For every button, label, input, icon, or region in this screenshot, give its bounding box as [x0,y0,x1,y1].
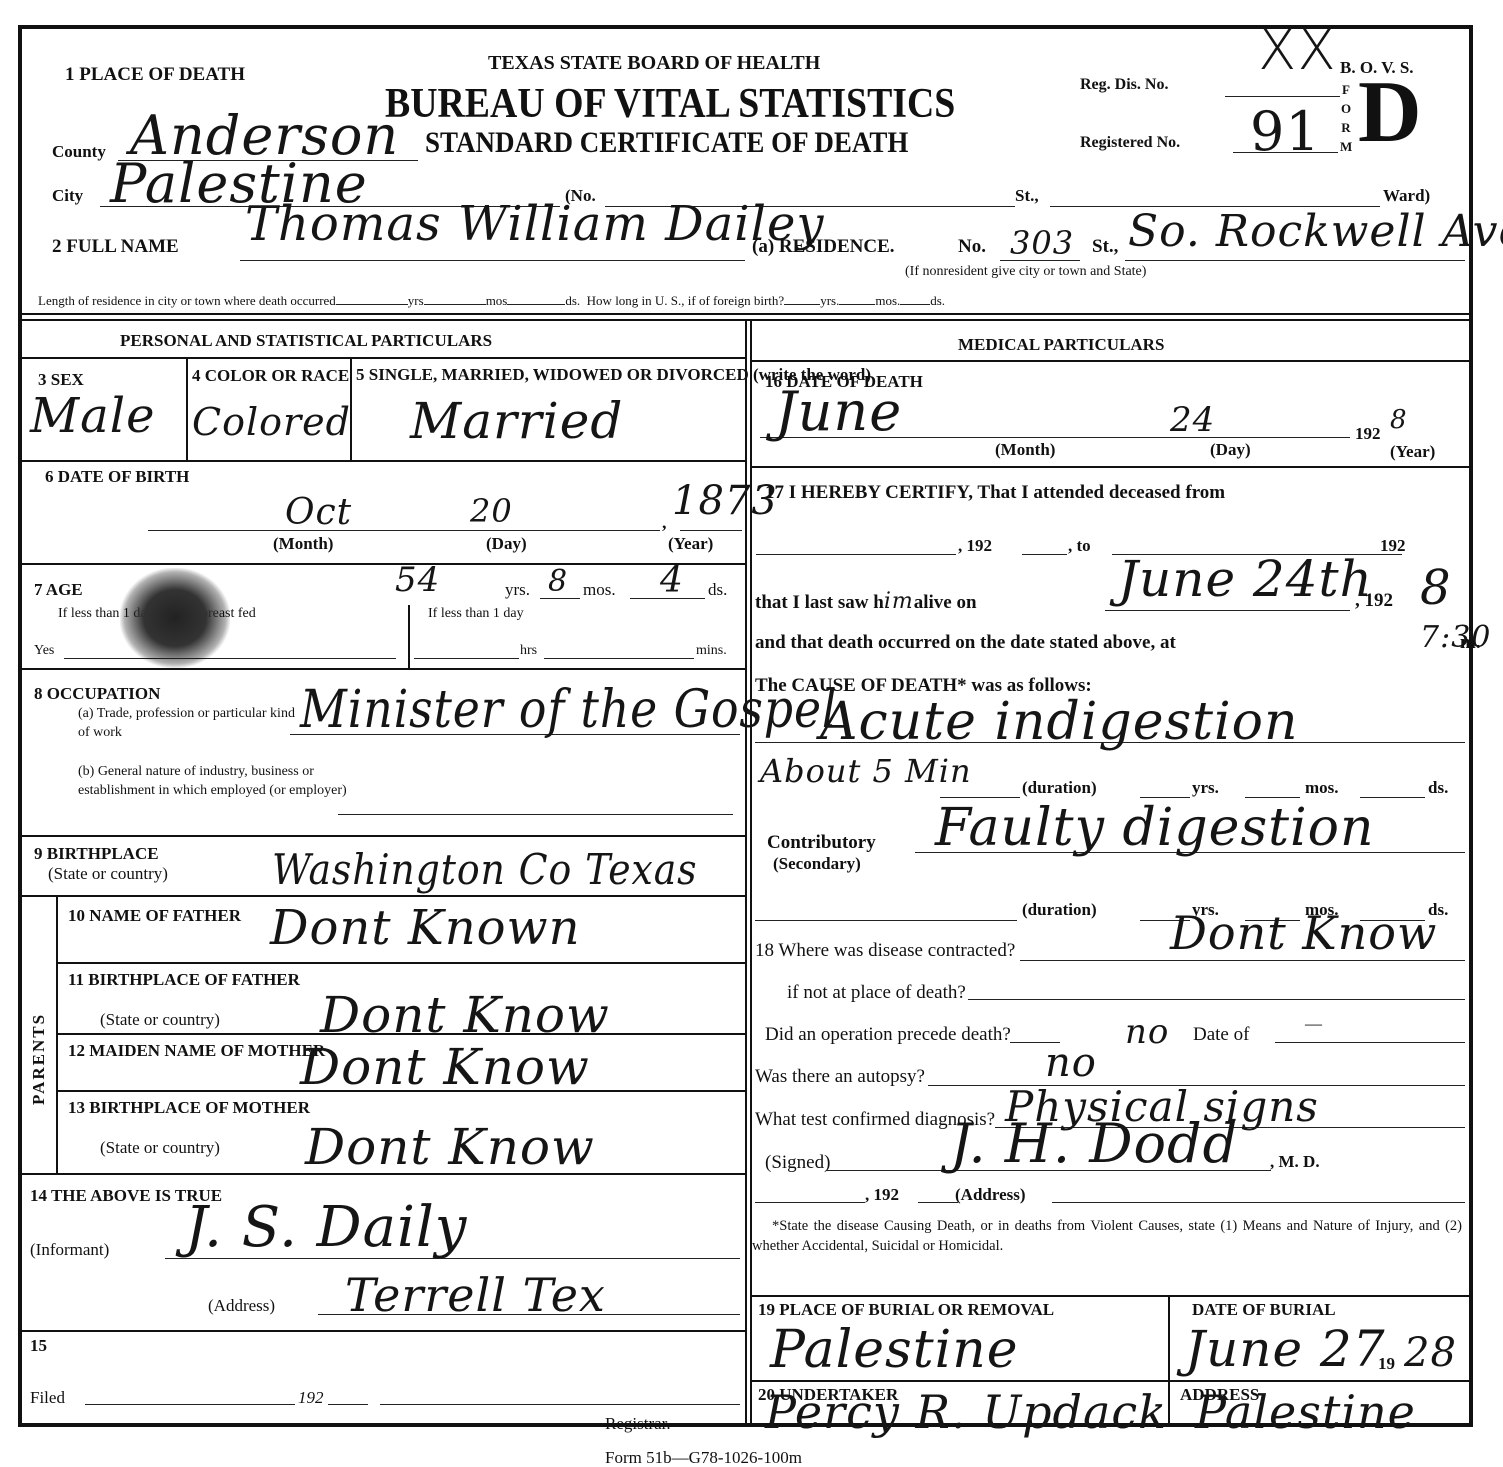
dob-year[interactable]: 1873 [672,478,778,524]
dob-label: 6 DATE OF BIRTH [45,467,189,487]
birthplace-sub: (State or country) [48,864,168,884]
contributory-label: Contributory [767,832,876,854]
last-saw-date[interactable]: June 24th [1118,550,1373,608]
father-name-label: 10 NAME OF FATHER [68,906,218,926]
length-residence-row: Length of residence in city or town wher… [38,290,945,309]
age-years[interactable]: 54 [395,560,440,600]
residence-label: (a) RESIDENCE. [752,236,895,258]
dob-month-caption: (Month) [273,534,333,554]
mother-birthplace-label: 13 BIRTHPLACE OF MOTHER [68,1098,268,1118]
birthplace-value[interactable]: Washington Co Texas [272,845,697,894]
place-of-death-label: 1 PLACE OF DEATH [65,64,245,86]
yes-label: Yes [34,643,54,659]
father-birthplace-label: 11 BIRTHPLACE OF FATHER [68,970,268,990]
burial-place-label: 19 PLACE OF BURIAL OR REMOVAL [758,1300,1068,1320]
sex-value[interactable]: Male [30,388,156,444]
operation-value[interactable]: no [1125,1012,1169,1052]
full-name-value[interactable]: Thomas William Dailey [245,196,824,252]
last-saw-row: that I last saw himalive on [755,589,977,614]
dod-year-prefix: 192 [1355,424,1381,444]
dod-day[interactable]: 24 [1170,400,1215,440]
death-time[interactable]: 7:30 [1420,620,1491,655]
board-title: TEXAS STATE BOARD OF HEALTH [488,52,820,75]
street-label: St., [1015,186,1039,206]
parents-label: PARENTS [29,1013,49,1105]
filed-number: 15 [30,1336,47,1356]
filed-year: 192 [298,1388,324,1408]
age-label: 7 AGE [34,580,83,600]
form-code: D [1358,68,1422,158]
filed-label: Filed [30,1388,65,1408]
date-of-value[interactable]: — [1305,1014,1322,1034]
registered-value[interactable]: 91 [1250,100,1321,163]
sign-address-label: (Address) [955,1185,1026,1205]
father-birthplace-value[interactable]: Dont Know [320,986,610,1044]
mother-birthplace-sub: (State or country) [100,1138,220,1158]
form-letters: FORM [1340,80,1352,156]
ward-label: Ward) [1383,186,1430,206]
autopsy-value[interactable]: no [1045,1040,1097,1086]
bureau-title: BUREAU OF VITAL STATISTICS [385,80,955,128]
informant-value[interactable]: J. S. Daily [185,1195,467,1260]
occupation-b-label: (b) General nature of industry, business… [78,762,353,800]
mother-birthplace-value[interactable]: Dont Know [305,1118,595,1176]
age-days[interactable]: 4 [660,560,684,601]
disease-contracted-label: 18 Where was disease contracted? [755,940,1015,962]
death-occurred-label: and that death occurred on the date stat… [755,632,1176,654]
residence-st-value[interactable]: So. Rockwell Ave [1128,206,1503,257]
dob-month[interactable]: Oct [285,492,352,533]
operation-label: Did an operation precede death? [765,1024,1011,1046]
color-label: 4 COLOR OR RACE [192,367,342,385]
occupation-a-label: (a) Trade, profession or particular kind… [78,704,303,742]
contributory-value[interactable]: Faulty digestion [935,798,1374,858]
informant-label: (Informant) [30,1240,109,1260]
marital-value[interactable]: Married [410,392,623,450]
last-saw-year-digit[interactable]: 8 [1420,560,1452,616]
dob-day[interactable]: 20 [470,492,513,530]
burial-year-suffix[interactable]: 28 [1404,1330,1457,1376]
mother-maiden-label: 12 MAIDEN NAME OF MOTHER [68,1041,288,1061]
occupation-label: 8 OCCUPATION [34,684,160,704]
dod-month[interactable]: June [775,380,902,443]
form-number: Form 51b—G78-1026-100m [605,1448,802,1467]
marital-label: 5 SINGLE, MARRIED, WIDOWED OR DIVORCED (… [356,365,741,384]
not-at-place-label: if not at place of death? [787,982,966,1004]
residence-no-label: No. [958,236,986,258]
registered-label: Registered No. [1080,134,1180,152]
nonresident-note: (If nonresident give city or town and St… [905,264,1146,280]
father-name-value[interactable]: Dont Known [270,900,581,956]
reg-dis-value[interactable]: XX [1258,18,1337,83]
city-label: City [52,186,83,206]
informant-address-value[interactable]: Terrell Tex [345,1268,606,1322]
full-name-label: 2 FULL NAME [52,236,179,258]
burial-place-value[interactable]: Palestine [770,1320,1019,1380]
father-birthplace-sub: (State or country) [100,1010,220,1030]
signed-label: (Signed) [765,1152,830,1174]
age-months[interactable]: 8 [548,564,568,599]
county-label: County [52,142,106,162]
mother-maiden-value[interactable]: Dont Know [300,1038,590,1096]
residence-no-value[interactable]: 303 [1010,224,1074,262]
less-than-day-label: If less than 1 day [428,606,524,622]
cause-value[interactable]: Acute indigestion [820,692,1298,752]
ink-blot [120,568,230,668]
residence-st-label: St., [1092,236,1118,258]
informant-address-label: (Address) [208,1296,275,1316]
reg-dis-label: Reg. Dis. No. [1080,76,1168,94]
autopsy-label: Was there an autopsy? [755,1066,925,1088]
secondary-label: (Secondary) [773,854,861,874]
dob-day-caption: (Day) [486,534,527,554]
certificate-title: STANDARD CERTIFICATE OF DEATH [425,126,908,160]
burial-date-label: DATE OF BURIAL [1192,1300,1336,1320]
registrar-label: Registrar. [605,1414,671,1434]
burial-date-value[interactable]: June 27 [1185,1320,1386,1378]
personal-section-title: PERSONAL AND STATISTICAL PARTICULARS [120,331,492,351]
footnote: *State the disease Causing Death, or in … [752,1216,1462,1256]
birthplace-label: 9 BIRTHPLACE [34,844,159,864]
dob-year-caption: (Year) [668,534,713,554]
dod-year-digit[interactable]: 8 [1390,405,1408,435]
undertaker-address-value[interactable]: Palestine [1195,1385,1416,1439]
color-value[interactable]: Colored [192,400,351,444]
sex-label: 3 SEX [38,370,84,390]
medical-section-title: MEDICAL PARTICULARS [958,335,1164,355]
undertaker-value[interactable]: Percy R. Updack [765,1385,1167,1439]
cause-duration-value[interactable]: About 5 Min [760,752,972,790]
last-saw-pronoun[interactable]: im [884,589,914,614]
disease-contracted-value[interactable]: Dont Know [1170,906,1437,960]
signed-value[interactable]: J. H. Dodd [950,1112,1238,1175]
certify-line: 17 I HEREBY CERTIFY, That I attended dec… [765,482,1225,504]
date-of-label: Date of [1193,1024,1249,1046]
